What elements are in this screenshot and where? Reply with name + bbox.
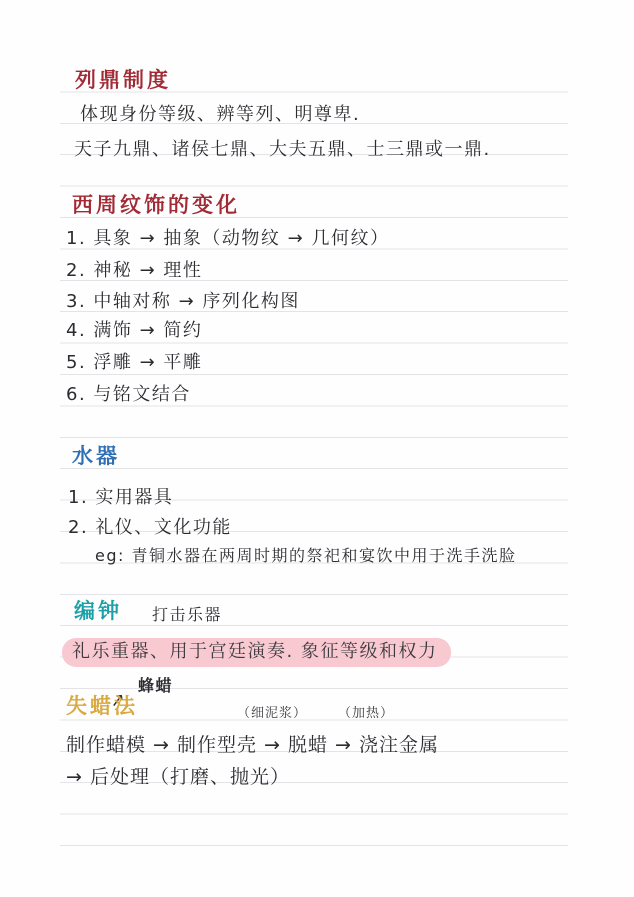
list-item: 2. 礼仪、文化功能 [68, 517, 232, 539]
list-item: 5. 浮雕 → 平雕 [66, 352, 202, 374]
list-item: 6. 与铭文结合 [66, 384, 191, 406]
section-title-shilafa: 失蜡法 [66, 694, 138, 719]
note-line: 体现身份等级、辨等列、明尊卑. [80, 104, 360, 126]
notebook-page: 列鼎制度 体现身份等级、辨等列、明尊卑. 天子九鼎、诸侯七鼎、大夫五鼎、士三鼎或… [0, 0, 634, 897]
list-item: 1. 实用器具 [68, 487, 173, 509]
list-item: 4. 满饰 → 简约 [66, 320, 202, 342]
section-title-lieding: 列鼎制度 [75, 68, 171, 93]
list-item: 3. 中轴对称 → 序列化构图 [66, 291, 300, 313]
callout-beeswax: 蜂蜡 [138, 676, 173, 695]
list-item: 2. 神秘 → 理性 [66, 260, 202, 282]
list-item: 1. 具象 → 抽象（动物纹 → 几何纹） [66, 228, 389, 250]
process-flow-line: → 后处理（打磨、抛光） [66, 766, 290, 789]
flow-annotation-heating: （加热） [338, 706, 394, 722]
annotation-instrument-type: 打击乐器 [152, 605, 222, 624]
note-line: 天子九鼎、诸侯七鼎、大夫五鼎、士三鼎或一鼎. [74, 139, 491, 161]
ruled-lines [60, 61, 568, 849]
flow-annotation-slurry: （细泥浆） [237, 706, 307, 722]
section-title-bianzhong: 编钟 [74, 599, 122, 624]
process-flow-line: 制作蜡模 → 制作型壳 → 脱蜡 → 浇注金属 [66, 734, 439, 757]
section-title-wenshi: 西周纹饰的变化 [72, 193, 240, 218]
highlighted-note: 礼乐重器、用于宫廷演奏. 象征等级和权力 [62, 638, 451, 667]
example-line: eg: 青铜水器在两周时期的祭祀和宴饮中用于洗手洗脸 [95, 546, 516, 565]
section-title-shuiqi: 水器 [72, 444, 120, 469]
